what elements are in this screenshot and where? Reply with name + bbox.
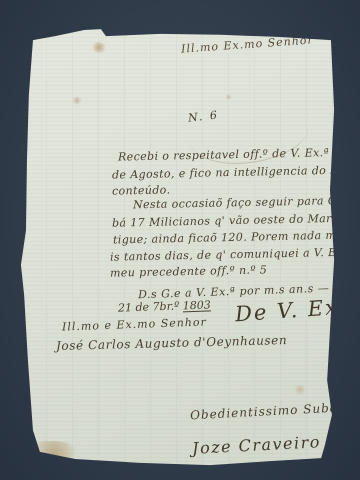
dateline-year: 1803 (183, 298, 211, 312)
foxing-stain (92, 42, 106, 53)
document-number: N. 6 (187, 108, 219, 124)
body-line: tigue; ainda ficaõ 120. Porem nada ma, (113, 229, 347, 247)
foxing-stain (225, 94, 232, 100)
closing-flourish: De V. Ex.ª (234, 294, 360, 327)
addressee-name: José Carlos Augusto d'Oeynhausen (56, 333, 288, 353)
dateline-date-prefix: 21 de 7br.º (118, 299, 183, 314)
foxing-stain (28, 441, 80, 467)
photo-background: Ill.mo Ex.mo Senhor N. 6 Recebi o respei… (0, 0, 360, 480)
body-line: is tantos dias, de q' comuniquei a V. Ex… (110, 245, 360, 263)
body-line: Recebi o respeitavel off.º de V. Ex.ª de… (118, 145, 359, 163)
addressee-salutation: Ill.mo e Ex.mo Senhor (62, 315, 207, 333)
letter-paper: Ill.mo Ex.mo Senhor N. 6 Recebi o respei… (20, 26, 336, 466)
body-line: meu precedente off.º n.º 5 (110, 263, 268, 279)
foxing-stain (294, 384, 306, 395)
foxing-stain (72, 96, 82, 105)
valediction: Obedientissimo Subdito (190, 400, 358, 423)
body-line: de Agosto, e fico na intelligencia do se… (112, 164, 351, 182)
dateline-date: 21 de 7br.º 1803 (118, 298, 211, 314)
body-line: conteúdo. (112, 183, 171, 197)
body-line: bá 17 Milicianos q' vão oeste do Mara an… (112, 211, 360, 229)
header-salutation: Ill.mo Ex.mo Senhor (181, 33, 314, 55)
signature: Joze Craveiro de Sá (192, 429, 360, 458)
